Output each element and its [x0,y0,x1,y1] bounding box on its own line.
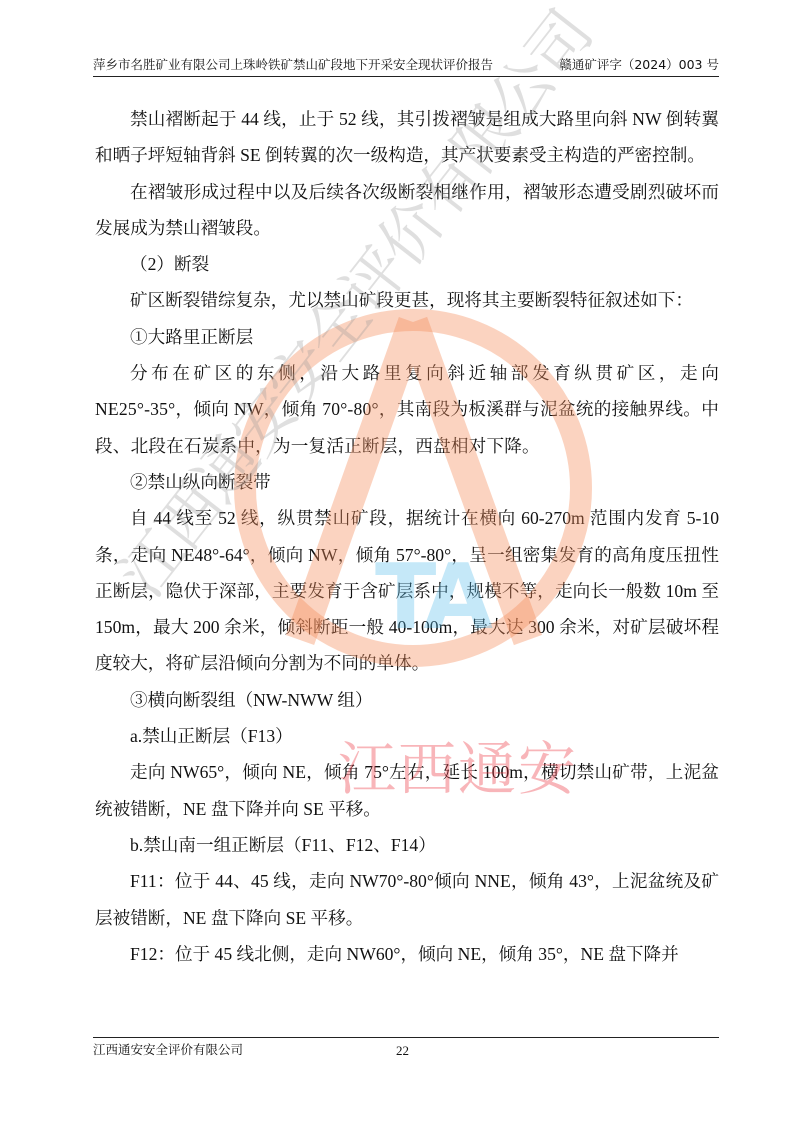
subheading-transverse-fault-group: ③横向断裂组（NW-NWW 组） [95,682,719,718]
footer-company: 江西通安安全评价有限公司 [93,1040,243,1060]
report-title: 萍乡市名胜矿业有限公司上珠岭铁矿禁山矿段地下开采安全现状评价报告 [93,56,493,74]
paragraph-fold-formation: 在褶皱形成过程中以及后续各次级断裂相继作用，褶皱形态遭受剧烈破坏而发展成为禁山褶… [95,174,719,247]
paragraph-longitudinal-fault-zone: 自 44 线至 52 线，纵贯禁山矿段，据统计在横向 60-270m 范围内发育… [95,500,719,681]
paragraph-dalu-fault: 分布在矿区的东侧，沿大路里复向斜近轴部发育纵贯矿区，走向 NE25°-35°，倾… [95,355,719,464]
section-heading-faults: （2）断裂 [95,246,719,282]
paragraph-f11: F11：位于 44、45 线，走向 NW70°-80°倾向 NNE，倾角 43°… [95,863,719,936]
page-body: 禁山褶断起于 44 线，止于 52 线，其引拨褶皱是组成大路里向斜 NW 倒转翼… [95,101,719,972]
document-number: 赣通矿评字（2024）003 号 [559,56,719,74]
paragraph-f12: F12：位于 45 线北侧，走向 NW60°，倾向 NE，倾角 35°，NE 盘… [95,936,719,972]
subheading-f13: a.禁山正断层（F13） [95,718,719,754]
subheading-dalu-fault: ①大路里正断层 [95,319,719,355]
page-header: 萍乡市名胜矿业有限公司上珠岭铁矿禁山矿段地下开采安全现状评价报告 赣通矿评字（2… [93,56,719,77]
page-footer: 江西通安安全评价有限公司 22 [93,1037,719,1060]
document-page: 萍乡市名胜矿业有限公司上珠岭铁矿禁山矿段地下开采安全现状评价报告 赣通矿评字（2… [0,0,794,1122]
paragraph-fold-description: 禁山褶断起于 44 线，止于 52 线，其引拨褶皱是组成大路里向斜 NW 倒转翼… [95,101,719,174]
paragraph-faults-intro: 矿区断裂错综复杂，尤以禁山矿段更甚，现将其主要断裂特征叙述如下： [95,282,719,318]
subheading-longitudinal-fault-zone: ②禁山纵向断裂带 [95,464,719,500]
page-number: 22 [396,1041,409,1061]
paragraph-f13: 走向 NW65°，倾向 NE，倾角 75°左右，延长 100m，横切禁山矿带，上… [95,754,719,827]
subheading-f11-f12-f14: b.禁山南一组正断层（F11、F12、F14） [95,827,719,863]
